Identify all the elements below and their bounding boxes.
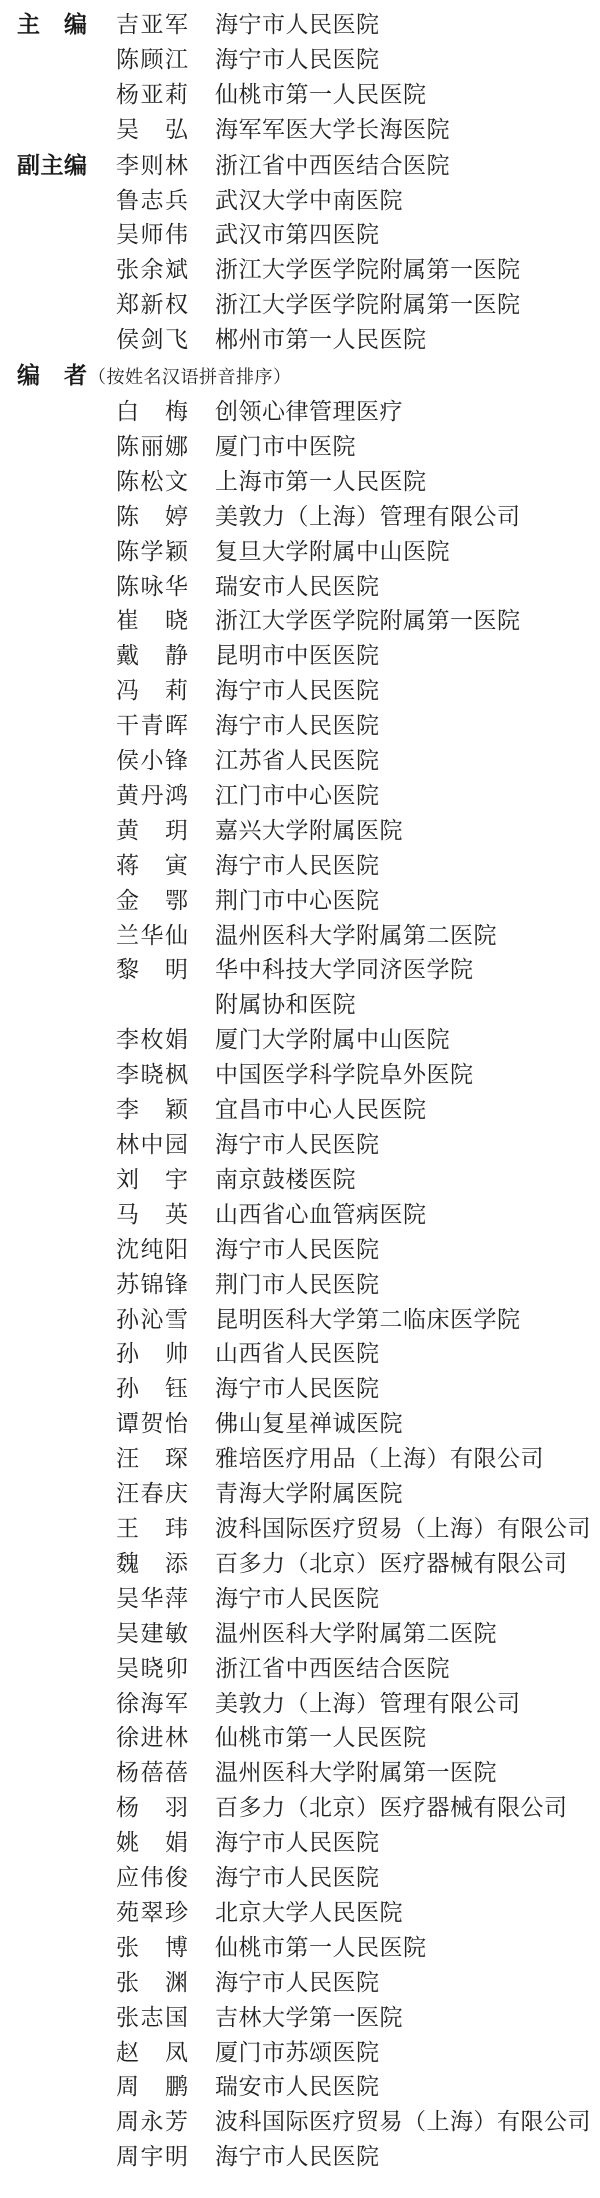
char: 主 [17, 7, 40, 42]
editor-name: 黎明 [116, 953, 188, 988]
char: 师 [141, 218, 164, 253]
char: 侯 [116, 744, 139, 779]
char: 琛 [165, 1442, 188, 1477]
affiliation-line: 美敦力（上海）管理有限公司 [215, 1687, 521, 1722]
editor-name: 侯剑飞 [116, 323, 188, 358]
editor-affiliation: 嘉兴大学附属医院 [215, 814, 403, 849]
char: 李 [116, 1093, 139, 1128]
editor-affiliation: 昆明医科大学第二临床医学院 [215, 1303, 521, 1338]
affiliation-line: 瑞安市人民医院 [215, 2070, 380, 2105]
char: 贺 [141, 1407, 164, 1442]
editor-name: 汪春庆 [116, 1477, 188, 1512]
editor-row: 主编吉亚军海宁市人民医院 [17, 7, 600, 43]
editor-row: 侯小锋江苏省人民医院 [17, 744, 600, 779]
editor-name: 徐海军 [116, 1687, 188, 1722]
editor-row: 兰华仙温州医科大学附属第二医院 [17, 919, 600, 954]
editor-row: 赵凤厦门市苏颂医院 [17, 2036, 600, 2071]
char: 应 [116, 1861, 139, 1896]
char: 黄 [116, 814, 139, 849]
char: 李 [116, 149, 139, 184]
editor-row: 孙钰海宁市人民医院 [17, 1372, 600, 1407]
editor-affiliation: 海宁市人民医院 [215, 2140, 380, 2175]
char: 永 [141, 2105, 164, 2140]
affiliation-line: 仙桃市第一人民医院 [215, 1721, 427, 1756]
editor-row: 崔晓浙江大学医学院附属第一医院 [17, 604, 600, 639]
affiliation-line: 仙桃市第一人民医院 [215, 1931, 427, 1966]
char: 萍 [165, 1582, 188, 1617]
editor-row: 张博仙桃市第一人民医院 [17, 1931, 600, 1966]
affiliation-line: 浙江省中西医结合医院 [215, 149, 450, 184]
affiliation-line: 佛山复星禅诚医院 [215, 1407, 403, 1442]
char: 锋 [165, 1268, 188, 1303]
editor-affiliation: 海宁市人民医院 [215, 1582, 380, 1617]
editor-affiliation: 厦门市中医院 [215, 430, 356, 465]
editor-name: 孙钰 [116, 1372, 188, 1407]
affiliation-line: 温州医科大学附属第二医院 [215, 1617, 497, 1652]
editor-row: 徐进林仙桃市第一人民医院 [17, 1721, 600, 1756]
char: 宇 [141, 2140, 164, 2175]
affiliation-line: 浙江大学医学院附属第一医院 [215, 288, 521, 323]
affiliation-line: 附属协和医院 [215, 988, 474, 1023]
char: 进 [141, 1721, 164, 1756]
editor-affiliation: 山西省人民医院 [215, 1337, 380, 1372]
affiliation-line: 荆门市人民医院 [215, 1268, 380, 1303]
editor-affiliation: 海宁市人民医院 [215, 1966, 380, 2001]
char: 国 [165, 2001, 188, 2036]
editor-affiliation: 华中科技大学同济医学院附属协和医院 [215, 953, 474, 1023]
editor-affiliation: 海宁市人民医院 [215, 43, 380, 78]
char: 陈 [116, 43, 139, 78]
char: 飞 [165, 323, 188, 358]
affiliation-line: 浙江大学医学院附属第一医院 [215, 253, 521, 288]
editor-affiliation: 美敦力（上海）管理有限公司 [215, 1687, 521, 1722]
editor-row: 张余斌浙江大学医学院附属第一医院 [17, 253, 600, 288]
editor-affiliation: 创领心律管理医疗 [215, 395, 403, 430]
editor-affiliation: 温州医科大学附属第一医院 [215, 1756, 497, 1791]
editor-row: 李枚娟厦门大学附属中山医院 [17, 1023, 600, 1058]
char: 张 [116, 253, 139, 288]
affiliation-line: 海宁市人民医院 [215, 674, 380, 709]
char: 羽 [165, 1791, 188, 1826]
editor-name: 吴弘 [116, 113, 188, 148]
char: 则 [141, 149, 164, 184]
char: 兵 [165, 184, 188, 219]
affiliation-line: 海宁市人民医院 [215, 1233, 380, 1268]
editor-name: 陈松文 [116, 465, 188, 500]
editor-affiliation: 山西省心血管病医院 [215, 1198, 427, 1233]
char: 莉 [165, 78, 188, 113]
editor-row: 李晓枫中国医学科学院阜外医院 [17, 1058, 600, 1093]
char: 鄂 [165, 884, 188, 919]
editor-name: 吴建敏 [116, 1617, 188, 1652]
editor-row: 蒋寅海宁市人民医院 [17, 849, 600, 884]
editor-affiliation: 瑞安市人民医院 [215, 2070, 380, 2105]
affiliation-line: 宜昌市中心人民医院 [215, 1093, 427, 1128]
affiliation-line: 百多力（北京）医疗器械有限公司 [215, 1547, 568, 1582]
affiliation-line: 海宁市人民医院 [215, 849, 380, 884]
char: 志 [141, 184, 164, 219]
editor-name: 蒋寅 [116, 849, 188, 884]
editor-row: 金鄂荆门市中心医院 [17, 884, 600, 919]
char: 魏 [116, 1547, 139, 1582]
editor-name: 吴师伟 [116, 218, 188, 253]
editor-name: 张志国 [116, 2001, 188, 2036]
char: 青 [141, 709, 164, 744]
char: 颖 [165, 535, 188, 570]
editor-row: 陈丽娜厦门市中医院 [17, 430, 600, 465]
char: 吉 [116, 8, 139, 43]
char: 亚 [141, 8, 164, 43]
editor-name: 王玮 [116, 1512, 188, 1547]
char: 顾 [141, 43, 164, 78]
affiliation-line: 海宁市人民医院 [215, 2140, 380, 2175]
editor-row: 苑翠珍北京大学人民医院 [17, 1896, 600, 1931]
editor-row: 张渊海宁市人民医院 [17, 1966, 600, 2001]
char: 娟 [165, 1023, 188, 1058]
char: 雪 [165, 1303, 188, 1338]
char: 枫 [165, 1058, 188, 1093]
editor-row: 汪春庆青海大学附属医院 [17, 1477, 600, 1512]
editor-name: 苏锦锋 [116, 1268, 188, 1303]
char: 张 [116, 1966, 139, 2001]
char: 丽 [141, 430, 164, 465]
editor-affiliation: 武汉大学中南医院 [215, 184, 403, 219]
editor-row: 吴晓卯浙江省中西医结合医院 [17, 1652, 600, 1687]
editor-row: 沈纯阳海宁市人民医院 [17, 1233, 600, 1268]
affiliation-line: 厦门市中医院 [215, 430, 356, 465]
editor-name: 郑新权 [116, 288, 188, 323]
editor-row: 马英山西省心血管病医院 [17, 1198, 600, 1233]
char: 姚 [116, 1826, 139, 1861]
editor-name: 李晓枫 [116, 1058, 188, 1093]
affiliation-line: 海宁市人民医院 [215, 1966, 380, 2001]
char: 张 [116, 1931, 139, 1966]
editor-affiliation: 浙江大学医学院附属第一医院 [215, 288, 521, 323]
editor-name: 杨羽 [116, 1791, 188, 1826]
editor-row: 副主编李则林浙江省中西医结合医院 [17, 148, 600, 184]
affiliation-line: 浙江大学医学院附属第一医院 [215, 604, 521, 639]
editor-row: 应伟俊海宁市人民医院 [17, 1861, 600, 1896]
char: 谭 [116, 1407, 139, 1442]
char: 郑 [116, 288, 139, 323]
editor-affiliation: 江苏省人民医院 [215, 744, 380, 779]
affiliation-line: 中国医学科学院阜外医院 [215, 1058, 474, 1093]
char: 俊 [165, 1861, 188, 1896]
editor-row: 黎明华中科技大学同济医学院附属协和医院 [17, 953, 600, 1023]
editor-name: 张余斌 [116, 253, 188, 288]
char: 帅 [165, 1337, 188, 1372]
editor-row: 姚娟海宁市人民医院 [17, 1826, 600, 1861]
char: 鲁 [116, 184, 139, 219]
editor-affiliation: 海宁市人民医院 [215, 8, 380, 43]
char: 卯 [165, 1652, 188, 1687]
editor-row: 戴静昆明市中医医院 [17, 639, 600, 674]
char: 副 [17, 148, 40, 183]
affiliation-line: 山西省人民医院 [215, 1337, 380, 1372]
affiliation-line: 海宁市人民医院 [215, 1582, 380, 1617]
affiliation-line: 浙江省中西医结合医院 [215, 1652, 450, 1687]
editor-row: 魏添百多力（北京）医疗器械有限公司 [17, 1547, 600, 1582]
char: 晓 [141, 1058, 164, 1093]
section-label: 主编 [17, 7, 87, 42]
char: 博 [165, 1931, 188, 1966]
editor-affiliation: 青海大学附属医院 [215, 1477, 403, 1512]
editor-row: 孙帅山西省人民医院 [17, 1337, 600, 1372]
editor-row: 干青晖海宁市人民医院 [17, 709, 600, 744]
char: 金 [116, 884, 139, 919]
editor-affiliation: 仙桃市第一人民医院 [215, 1721, 427, 1756]
char: 林 [165, 1721, 188, 1756]
affiliation-line: 海宁市人民医院 [215, 43, 380, 78]
editor-affiliation: 美敦力（上海）管理有限公司 [215, 500, 521, 535]
char: 梅 [165, 395, 188, 430]
char: 周 [116, 2140, 139, 2175]
affiliation-line: 嘉兴大学附属医院 [215, 814, 403, 849]
char: 刘 [116, 1163, 139, 1198]
affiliation-line: 海宁市人民医院 [215, 709, 380, 744]
editor-row: 杨羽百多力（北京）医疗器械有限公司 [17, 1791, 600, 1826]
char: 汪 [116, 1477, 139, 1512]
char: 李 [116, 1058, 139, 1093]
affiliation-line: 厦门大学附属中山医院 [215, 1023, 450, 1058]
char: 鸿 [165, 779, 188, 814]
editor-affiliation: 浙江大学医学院附属第一医院 [215, 604, 521, 639]
editor-affiliation: 宜昌市中心人民医院 [215, 1093, 427, 1128]
editor-affiliation: 上海市第一人民医院 [215, 465, 427, 500]
affiliation-line: 武汉市第四医院 [215, 218, 380, 253]
editor-row: 徐海军美敦力（上海）管理有限公司 [17, 1687, 600, 1722]
char: 吴 [116, 1582, 139, 1617]
char: 军 [165, 1687, 188, 1722]
char: 杨 [116, 1756, 139, 1791]
editor-row: 周鹏瑞安市人民医院 [17, 2070, 600, 2105]
char: 寅 [165, 849, 188, 884]
char: 凤 [165, 2036, 188, 2071]
affiliation-line: 上海市第一人民医院 [215, 465, 427, 500]
char: 珍 [165, 1896, 188, 1931]
editor-affiliation: 浙江省中西医结合医院 [215, 1652, 450, 1687]
editor-name: 孙沁雪 [116, 1303, 188, 1338]
editor-affiliation: 荆门市中心医院 [215, 884, 380, 919]
affiliation-line: 温州医科大学附属第二医院 [215, 919, 497, 954]
char: 华 [141, 919, 164, 954]
editor-affiliation: 武汉市第四医院 [215, 218, 380, 253]
char: 园 [165, 1128, 188, 1163]
char: 白 [116, 395, 139, 430]
char: 编 [64, 148, 87, 183]
editor-name: 黄玥 [116, 814, 188, 849]
editor-row: 王玮波科国际医疗贸易（上海）有限公司 [17, 1512, 600, 1547]
editorial-board-list: 主编吉亚军海宁市人民医院陈顾江海宁市人民医院杨亚莉仙桃市第一人民医院吴弘海军军医… [17, 7, 600, 2175]
editor-name: 干青晖 [116, 709, 188, 744]
editor-name: 谭贺怡 [116, 1407, 188, 1442]
sort-note: （按姓名汉语拼音排序） [88, 360, 292, 395]
char: 敏 [165, 1617, 188, 1652]
affiliation-line: 海宁市人民医院 [215, 8, 380, 43]
char: 林 [165, 149, 188, 184]
editor-name: 周鹏 [116, 2070, 188, 2105]
editor-affiliation: 复旦大学附属中山医院 [215, 535, 450, 570]
editor-row: 周永芳波科国际医疗贸易（上海）有限公司 [17, 2105, 600, 2140]
char: 添 [165, 1547, 188, 1582]
char: 娜 [165, 430, 188, 465]
editor-name: 林中园 [116, 1128, 188, 1163]
editor-affiliation: 海宁市人民医院 [215, 1233, 380, 1268]
affiliation-line: 青海大学附属医院 [215, 1477, 403, 1512]
editor-affiliation: 厦门市苏颂医院 [215, 2036, 380, 2071]
editor-affiliation: 昆明市中医医院 [215, 639, 380, 674]
char: 纯 [141, 1233, 164, 1268]
char: 晓 [141, 1652, 164, 1687]
char: 陈 [116, 570, 139, 605]
editor-row: 鲁志兵武汉大学中南医院 [17, 184, 600, 219]
char: 伟 [141, 1861, 164, 1896]
char: 林 [116, 1128, 139, 1163]
editor-affiliation: 仙桃市第一人民医院 [215, 1931, 427, 1966]
editor-affiliation: 瑞安市人民医院 [215, 570, 380, 605]
char: 戴 [116, 639, 139, 674]
editor-name: 李则林 [116, 149, 188, 184]
char: 锦 [141, 1268, 164, 1303]
char: 莉 [165, 674, 188, 709]
section-label: 副主编 [17, 148, 87, 183]
affiliation-line: 荆门市中心医院 [215, 884, 380, 919]
char: 杨 [116, 78, 139, 113]
char: 吴 [116, 113, 139, 148]
char: 沁 [141, 1303, 164, 1338]
editor-affiliation: 海宁市人民医院 [215, 1861, 380, 1896]
char: 编 [17, 358, 40, 393]
editor-row: 陈婷美敦力（上海）管理有限公司 [17, 500, 600, 535]
editor-name: 孙帅 [116, 1337, 188, 1372]
char: 张 [116, 2001, 139, 2036]
editor-name: 李颖 [116, 1093, 188, 1128]
editor-name: 吴晓卯 [116, 1652, 188, 1687]
char: 编 [64, 7, 87, 42]
affiliation-line: 昆明医科大学第二临床医学院 [215, 1303, 521, 1338]
char: 吴 [116, 1652, 139, 1687]
char: 新 [141, 288, 164, 323]
char: 孙 [116, 1337, 139, 1372]
editor-affiliation: 南京鼓楼医院 [215, 1163, 356, 1198]
affiliation-line: 复旦大学附属中山医院 [215, 535, 450, 570]
char: 静 [165, 639, 188, 674]
editor-affiliation: 海宁市人民医院 [215, 709, 380, 744]
editor-affiliation: 雅培医疗用品（上海）有限公司 [215, 1442, 544, 1477]
editor-name: 陈顾江 [116, 43, 188, 78]
char: 周 [116, 2070, 139, 2105]
char: 吴 [116, 218, 139, 253]
affiliation-line: 吉林大学第一医院 [215, 2001, 403, 2036]
editor-name: 鲁志兵 [116, 184, 188, 219]
char: 晓 [165, 604, 188, 639]
affiliation-line: 厦门市苏颂医院 [215, 2036, 380, 2071]
char: 钰 [165, 1372, 188, 1407]
char: 徐 [116, 1687, 139, 1722]
char: 明 [165, 2140, 188, 2175]
editor-name: 陈婷 [116, 500, 188, 535]
editor-row: 陈咏华瑞安市人民医院 [17, 570, 600, 605]
editor-row: 陈顾江海宁市人民医院 [17, 43, 600, 78]
affiliation-line: 北京大学人民医院 [215, 1896, 403, 1931]
editor-row: 林中园海宁市人民医院 [17, 1128, 600, 1163]
char: 李 [116, 1023, 139, 1058]
affiliation-line: 海宁市人民医院 [215, 1128, 380, 1163]
char: 斌 [165, 253, 188, 288]
editor-name: 应伟俊 [116, 1861, 188, 1896]
char: 蒋 [116, 849, 139, 884]
editor-row: 张志国吉林大学第一医院 [17, 2001, 600, 2036]
editor-row: 白梅创领心律管理医疗 [17, 395, 600, 430]
editor-row: 刘宇南京鼓楼医院 [17, 1163, 600, 1198]
editor-affiliation: 海宁市人民医院 [215, 1826, 380, 1861]
editor-name: 杨亚莉 [116, 78, 188, 113]
editor-name: 张渊 [116, 1966, 188, 2001]
affiliation-line: 华中科技大学同济医学院 [215, 953, 474, 988]
char: 陈 [116, 465, 139, 500]
char: 春 [141, 1477, 164, 1512]
editor-affiliation: 仙桃市第一人民医院 [215, 78, 427, 113]
editor-name: 李枚娟 [116, 1023, 188, 1058]
char: 苑 [116, 1896, 139, 1931]
affiliation-line: 百多力（北京）医疗器械有限公司 [215, 1791, 568, 1826]
editor-affiliation: 吉林大学第一医院 [215, 2001, 403, 2036]
editor-affiliation: 海宁市人民医院 [215, 849, 380, 884]
editor-affiliation: 百多力（北京）医疗器械有限公司 [215, 1547, 568, 1582]
editor-name: 吴华萍 [116, 1582, 188, 1617]
char: 蓓 [141, 1756, 164, 1791]
affiliation-line: 波科国际医疗贸易（上海）有限公司 [215, 1512, 591, 1547]
char: 者 [64, 358, 87, 393]
editor-name: 刘宇 [116, 1163, 188, 1198]
char: 吴 [116, 1617, 139, 1652]
editor-row: 陈学颖复旦大学附属中山医院 [17, 535, 600, 570]
affiliation-line: 江苏省人民医院 [215, 744, 380, 779]
char: 干 [116, 709, 139, 744]
editor-name: 徐进林 [116, 1721, 188, 1756]
affiliation-line: 海宁市人民医院 [215, 1372, 380, 1407]
editor-affiliation: 荆门市人民医院 [215, 1268, 380, 1303]
editor-row: 李颖宜昌市中心人民医院 [17, 1093, 600, 1128]
editor-affiliation: 江门市中心医院 [215, 779, 380, 814]
char: 汪 [116, 1442, 139, 1477]
editor-name: 杨蓓蓓 [116, 1756, 188, 1791]
editor-name: 陈学颖 [116, 535, 188, 570]
char: 伟 [165, 218, 188, 253]
char: 渊 [165, 1966, 188, 2001]
char: 宇 [165, 1163, 188, 1198]
editor-affiliation: 温州医科大学附属第二医院 [215, 919, 497, 954]
editor-row: 冯莉海宁市人民医院 [17, 674, 600, 709]
affiliation-line: 瑞安市人民医院 [215, 570, 380, 605]
char: 颖 [165, 1093, 188, 1128]
editor-name: 汪琛 [116, 1442, 188, 1477]
char: 蓓 [165, 1756, 188, 1791]
editor-name: 周宇明 [116, 2140, 188, 2175]
editor-row: 杨亚莉仙桃市第一人民医院 [17, 78, 600, 113]
affiliation-line: 江门市中心医院 [215, 779, 380, 814]
editor-row: 黄玥嘉兴大学附属医院 [17, 814, 600, 849]
affiliation-line: 武汉大学中南医院 [215, 184, 403, 219]
affiliation-line: 山西省心血管病医院 [215, 1198, 427, 1233]
char: 小 [141, 744, 164, 779]
char: 孙 [116, 1372, 139, 1407]
editor-row: 陈松文上海市第一人民医院 [17, 465, 600, 500]
char: 黄 [116, 779, 139, 814]
editor-name: 侯小锋 [116, 744, 188, 779]
char: 马 [116, 1198, 139, 1233]
affiliation-line: 仙桃市第一人民医院 [215, 78, 427, 113]
